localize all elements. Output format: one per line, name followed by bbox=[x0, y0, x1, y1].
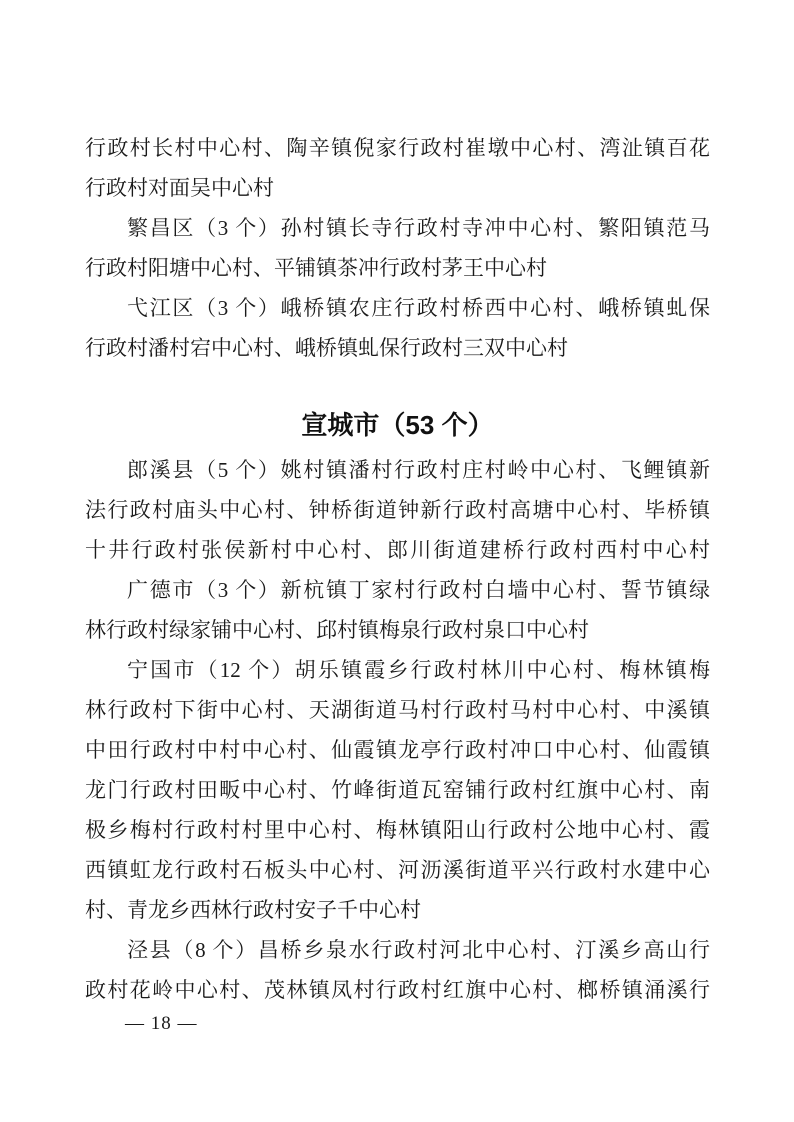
paragraph-fanchang: 繁昌区（3 个）孙村镇长寺行政村寺冲中心村、繁阳镇范马 行政村阳塘中心村、平铺镇… bbox=[85, 208, 710, 288]
body-line: 弋江区（3 个）峨桥镇农庄行政村桥西中心村、峨桥镇虬保 bbox=[85, 288, 710, 328]
paragraph-ningguo: 宁国市（12 个）胡乐镇霞乡行政村林川中心村、梅林镇梅 林行政村下街中心村、天湖… bbox=[85, 650, 710, 930]
body-line: 法行政村庙头中心村、钟桥街道钟新行政村高塘中心村、毕桥镇 bbox=[85, 490, 710, 530]
body-line: 行政村对面吴中心村 bbox=[85, 168, 710, 208]
body-line: 龙门行政村田畈中心村、竹峰街道瓦窑铺行政村红旗中心村、南 bbox=[85, 770, 710, 810]
body-line: 村、青龙乡西林行政村安子千中心村 bbox=[85, 890, 710, 930]
body-line: 西镇虹龙行政村石板头中心村、河沥溪街道平兴行政村水建中心 bbox=[85, 850, 710, 890]
document-page: 行政村长村中心村、陶辛镇倪家行政村崔墩中心村、湾沚镇百花 行政村对面吴中心村 繁… bbox=[0, 0, 794, 1122]
body-line: 郎溪县（5 个）姚村镇潘村行政村庄村岭中心村、飞鲤镇新 bbox=[85, 450, 710, 490]
body-line: 行政村阳塘中心村、平铺镇茶冲行政村茅王中心村 bbox=[85, 248, 710, 288]
page-number: — 18 — bbox=[125, 1004, 198, 1044]
body-line: 宁国市（12 个）胡乐镇霞乡行政村林川中心村、梅林镇梅 bbox=[85, 650, 710, 690]
section-heading-xuancheng: 宣城市（53 个） bbox=[85, 405, 710, 445]
body-line: 繁昌区（3 个）孙村镇长寺行政村寺冲中心村、繁阳镇范马 bbox=[85, 208, 710, 248]
body-line: 泾县（8 个）昌桥乡泉水行政村河北中心村、汀溪乡高山行 bbox=[85, 930, 710, 970]
paragraph-jingxian: 泾县（8 个）昌桥乡泉水行政村河北中心村、汀溪乡高山行 政村花岭中心村、茂林镇凤… bbox=[85, 930, 710, 1010]
body-line: 林行政村绿家铺中心村、邱村镇梅泉行政村泉口中心村 bbox=[85, 610, 710, 650]
body-line: 行政村潘村宕中心村、峨桥镇虬保行政村三双中心村 bbox=[85, 328, 710, 368]
body-line: 中田行政村中村中心村、仙霞镇龙亭行政村冲口中心村、仙霞镇 bbox=[85, 730, 710, 770]
paragraph-wuhu-continuation: 行政村长村中心村、陶辛镇倪家行政村崔墩中心村、湾沚镇百花 行政村对面吴中心村 bbox=[85, 128, 710, 208]
paragraph-guangde: 广德市（3 个）新杭镇丁家村行政村白墙中心村、誓节镇绿 林行政村绿家铺中心村、邱… bbox=[85, 570, 710, 650]
paragraph-langxi: 郎溪县（5 个）姚村镇潘村行政村庄村岭中心村、飞鲤镇新 法行政村庙头中心村、钟桥… bbox=[85, 450, 710, 570]
body-line: 极乡梅村行政村村里中心村、梅林镇阳山行政村公地中心村、霞 bbox=[85, 810, 710, 850]
paragraph-yijiang: 弋江区（3 个）峨桥镇农庄行政村桥西中心村、峨桥镇虬保 行政村潘村宕中心村、峨桥… bbox=[85, 288, 710, 368]
body-line: 十井行政村张侯新村中心村、郎川街道建桥行政村西村中心村 bbox=[85, 530, 710, 570]
body-line: 林行政村下街中心村、天湖街道马村行政村马村中心村、中溪镇 bbox=[85, 690, 710, 730]
text-block: 行政村长村中心村、陶辛镇倪家行政村崔墩中心村、湾沚镇百花 行政村对面吴中心村 繁… bbox=[85, 128, 710, 1010]
body-line: 广德市（3 个）新杭镇丁家村行政村白墙中心村、誓节镇绿 bbox=[85, 570, 710, 610]
body-line: 行政村长村中心村、陶辛镇倪家行政村崔墩中心村、湾沚镇百花 bbox=[85, 128, 710, 168]
